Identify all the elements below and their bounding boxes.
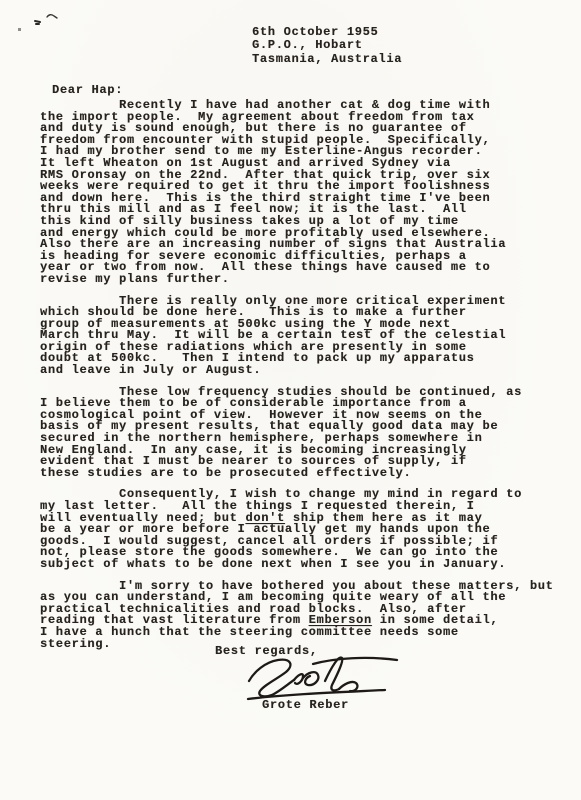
date-line: G.P.O., Hobart [252, 39, 402, 52]
paragraph: Recently I have had another cat & dog ti… [40, 100, 574, 286]
paragraph: There is really only one more critical e… [40, 296, 574, 377]
date-block: 6th October 1955G.P.O., HobartTasmania, … [252, 26, 402, 66]
typed-name: Grote Reber [262, 698, 349, 712]
date-line: Tasmania, Australia [252, 53, 402, 66]
paragraph: These low frequency studies should be co… [40, 387, 574, 480]
pen-marks-icon [10, 6, 70, 42]
salutation: Dear Hap: [52, 83, 123, 97]
signature-image [243, 650, 421, 704]
letter-body: Recently I have had another cat & dog ti… [40, 100, 574, 660]
letter-page: 6th October 1955G.P.O., HobartTasmania, … [0, 0, 581, 800]
date-line: 6th October 1955 [252, 26, 402, 39]
paragraph: I'm sorry to have bothered you about the… [40, 581, 574, 651]
paragraph: Consequently, I wish to change my mind i… [40, 489, 574, 570]
